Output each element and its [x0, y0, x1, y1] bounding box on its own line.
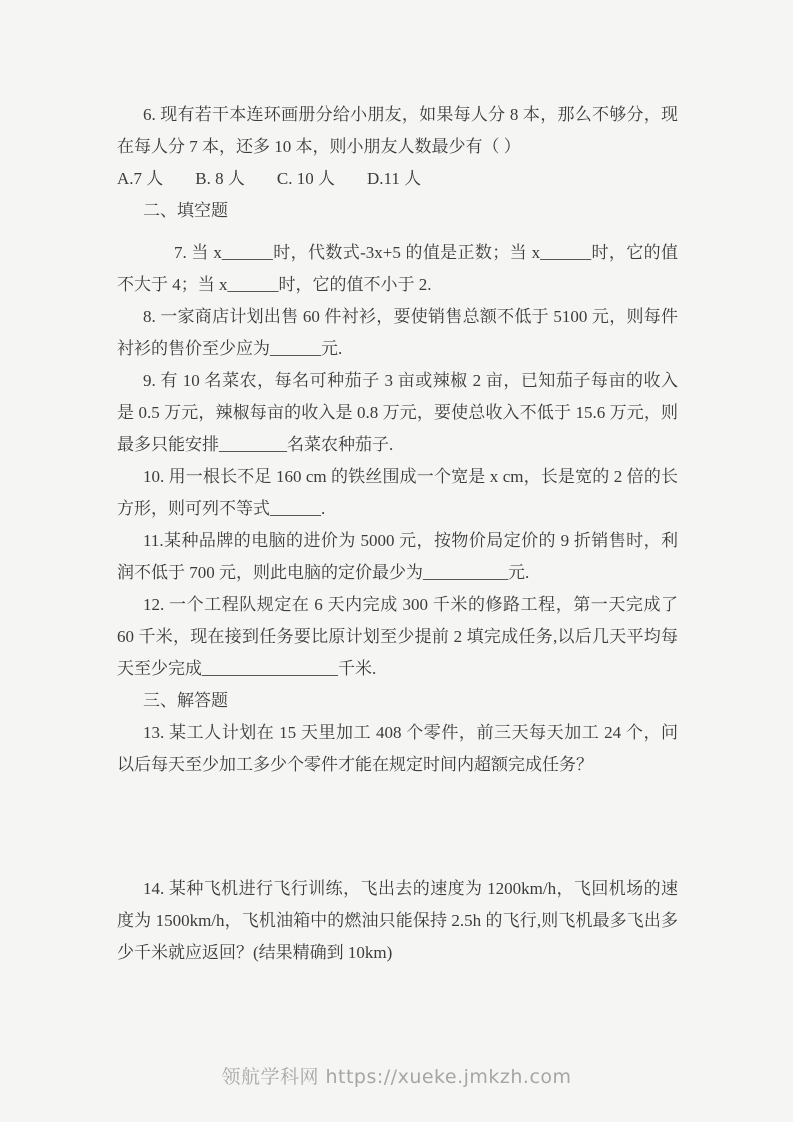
question-8: 8. 一家商店计划出售 60 件衬衫，要使销售总额不低于 5100 元，则每件衬… [117, 301, 678, 365]
option-c: C. 10 人 [277, 163, 335, 195]
question-6: 6. 现有若干本连环画册分给小朋友，如果每人分 8 本，那么不够分，现在每人分 … [117, 99, 678, 163]
question-10: 10. 用一根长不足 160 cm 的铁丝围成一个宽是 x cm，长是宽的 2 … [117, 461, 678, 525]
question-9: 9. 有 10 名菜农，每名可种茄子 3 亩或辣椒 2 亩，已知茄子每亩的收入是… [117, 365, 678, 461]
option-a: A.7 人 [117, 163, 163, 195]
section-heading-fill-in-blanks: 二、填空题 [117, 195, 678, 227]
option-b: B. 8 人 [195, 163, 245, 195]
footer-watermark: 领航学科网 https://xueke.jmkzh.com [0, 1062, 793, 1089]
question-11: 11.某种品牌的电脑的进价为 5000 元，按物价局定价的 9 折销售时，利润不… [117, 525, 678, 589]
question-6-options: A.7 人 B. 8 人 C. 10 人 D.11 人 [117, 163, 678, 195]
worksheet-page: 6. 现有若干本连环画册分给小朋友，如果每人分 8 本，那么不够分，现在每人分 … [117, 99, 678, 969]
question-12: 12. 一个工程队规定在 6 天内完成 300 千米的修路工程，第一天完成了 6… [117, 589, 678, 685]
question-13: 13. 某工人计划在 15 天里加工 408 个零件，前三天每天加工 24 个，… [117, 717, 678, 781]
section-heading-solve-problems: 三、解答题 [117, 685, 678, 717]
question-14: 14. 某种飞机进行飞行训练，飞出去的速度为 1200km/h，飞回机场的速度为… [117, 873, 678, 969]
question-7: 7. 当 x______时，代数式-3x+5 的值是正数；当 x______时，… [117, 237, 678, 301]
option-d: D.11 人 [367, 163, 421, 195]
footer-watermark-text: 领航学科网 https://xueke.jmkzh.com [221, 1066, 571, 1088]
